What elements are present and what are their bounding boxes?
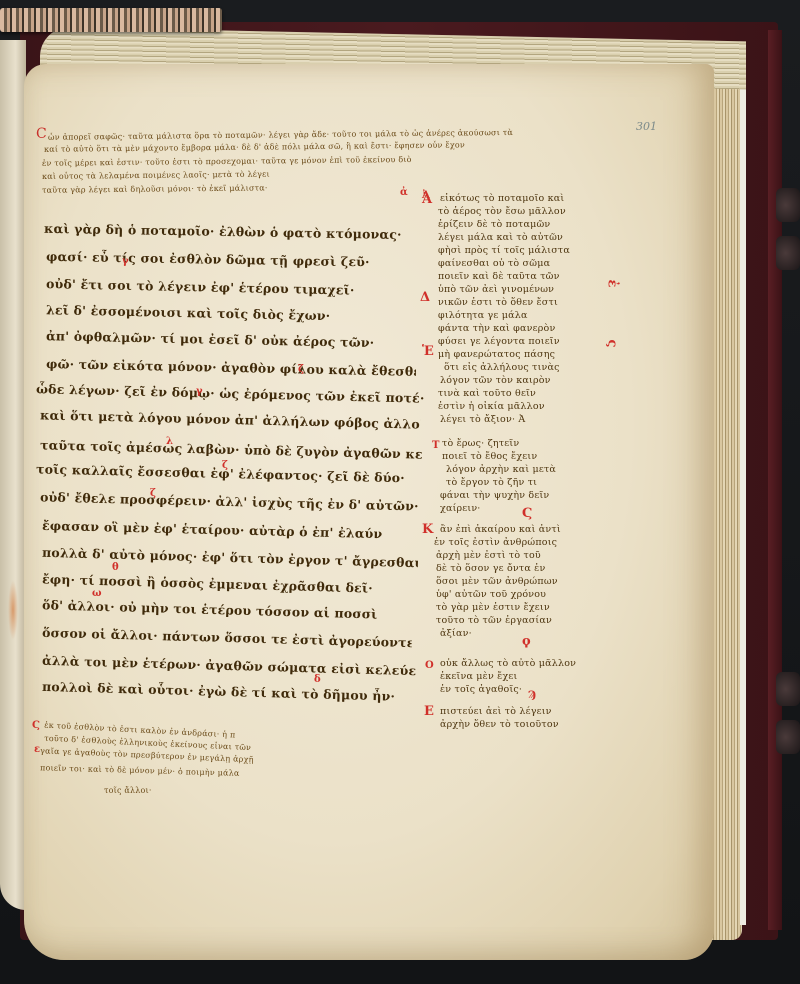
- commentary-line: τὸ ἀέρος τὸν ἔσω μᾶλλον: [438, 206, 588, 218]
- commentary-line: πιστεύει ἀεὶ τὸ λέγειν: [440, 706, 588, 718]
- facing-page: [0, 40, 26, 910]
- scholia-line: τοῖς ἄλλοι·: [104, 786, 184, 795]
- stain: [8, 580, 18, 640]
- commentary-line: λόγον τῶν τὸν καιρὸν: [440, 375, 588, 387]
- clasp-upper-2: [776, 236, 800, 270]
- rubric-mark: Ϛ: [32, 720, 40, 731]
- commentary-line: εἰκότως τὸ ποταμοῖο καὶ: [440, 193, 588, 205]
- commentary-line: τοῦτο τὸ τῶν ἐργασίαν: [436, 615, 588, 627]
- commentary-line: φὴσὶ πρὸς τί τοῖς μάλιστα: [438, 245, 588, 257]
- headband: [0, 8, 222, 32]
- commentary-line: οὐκ ἄλλως τὸ αὐτὸ μᾶλλον: [440, 658, 588, 670]
- commentary-line: ὑφ' αὐτῶν τοῦ χρόνου: [436, 589, 588, 601]
- outer-margin-rubric: ς: [604, 340, 619, 348]
- commentary-line: δὲ τὸ ὅσον γε ὄντα ἐν: [436, 563, 588, 575]
- interlinear-rubric: ζ: [222, 460, 228, 471]
- interlinear-rubric: γ: [196, 386, 203, 397]
- commentary-line: τὸ ἔρως· ζητεῖν: [442, 438, 588, 450]
- commentary-line: ὅσοι μὲν τῶν ἀνθρώπων: [436, 576, 588, 588]
- commentary-line: λέγει τὸ ἄξιον· Ἀ: [440, 414, 588, 426]
- clasp-lower-1: [776, 672, 800, 706]
- commentary-line: ἐρίζειν δὲ τὸ ποταμῶν: [438, 219, 588, 231]
- margin-letter: Ἑ: [422, 344, 434, 359]
- margin-letter: Τ: [432, 440, 439, 451]
- commentary-line: τὸ γὰρ μὲν ἐστιν ἔχειν: [436, 602, 588, 614]
- commentary-line: τινὰ καὶ τοῦτο θεῖν: [438, 388, 588, 400]
- commentary-line: φαίνεσθαι οὐ τὸ σῶμα: [438, 258, 588, 270]
- clasp-upper-1: [776, 188, 800, 222]
- commentary-line: ἀρχὴν ὅθεν τὸ τοιοῦτον: [440, 719, 588, 731]
- commentary-line: ποιεῖ τὸ ἔθος ἔχειν: [442, 451, 588, 463]
- margin-letter: Ἀ: [422, 192, 432, 207]
- margin-letter: Ο: [425, 660, 434, 671]
- commentary-line: λέγει μάλα καὶ τὸ αὐτῶν: [438, 232, 588, 244]
- interlinear-rubric: ω: [92, 588, 102, 599]
- rubric-mark: ἀ: [400, 187, 408, 198]
- commentary-line: φύσει γε λέγοντα ποιεῖν: [438, 336, 588, 348]
- commentary-line: νικῶν ἐστι τὸ ὅθεν ἔστι: [438, 297, 588, 309]
- commentary-line: ἐκεῖνα μὲν ἔχει: [440, 671, 580, 683]
- commentary-line: ὑπὸ τῶν ἀεὶ γινομένων: [438, 284, 588, 296]
- interlinear-rubric: γ: [122, 256, 129, 267]
- commentary-line: χαίρειν·: [440, 503, 520, 515]
- rubricated-initial: Ϲ: [36, 126, 47, 142]
- commentary-line: φάναι τὴν ψυχὴν δεῖν: [440, 490, 588, 502]
- section-mark: ϙ: [522, 634, 531, 649]
- commentary-line: ὅτι εἰς ἀλλήλους τινὰς: [444, 362, 588, 374]
- commentary-line: φιλότητα γε μάλα: [438, 310, 588, 322]
- cover-edge: [768, 30, 782, 930]
- commentary-line: τὸ ἔργον τὸ ζῆν τι: [446, 477, 588, 489]
- clasp-lower-2: [776, 720, 800, 754]
- commentary-line: ποιεῖν καὶ δὲ ταῦτα τῶν: [438, 271, 588, 283]
- commentary-line: ἂν ἐπὶ ἀκαίρου καὶ ἀντὶ: [440, 524, 588, 536]
- section-mark: Ϛ: [522, 506, 532, 521]
- commentary-line: λόγον ἀρχὴν καὶ μετὰ: [446, 464, 588, 476]
- interlinear-rubric: ζ: [150, 488, 156, 499]
- outer-margin-rubric: ἐ: [604, 280, 619, 288]
- margin-letter: Δ: [420, 290, 430, 305]
- commentary-line: μὴ φανερώτατος πάσης: [438, 349, 588, 361]
- interlinear-rubric: ζ: [298, 364, 304, 375]
- commentary-line: φάντα τὴν καὶ φανερὸν: [438, 323, 588, 335]
- interlinear-rubric: θ: [112, 562, 119, 573]
- folio-number: 301: [636, 120, 657, 133]
- commentary-line: ἐστὶν ἡ οἰκία μᾶλλον: [438, 401, 588, 413]
- margin-letter: Κ: [422, 522, 433, 537]
- commentary-line: ἀξίαν·: [440, 628, 510, 640]
- interlinear-rubric: δ: [314, 674, 321, 685]
- commentary-line: ἀρχὴ μὲν ἐστὶ τὸ τοῦ: [436, 550, 588, 562]
- commentary-line: ἐν τοῖς ἐστὶν ἀνθρώποις: [434, 537, 588, 549]
- flyleaf-edge: [740, 55, 746, 925]
- commentary-line: ἐν τοῖς ἀγαθοῖς·: [440, 684, 570, 696]
- interlinear-rubric: λ: [166, 436, 173, 447]
- margin-letter: Ε: [424, 704, 434, 719]
